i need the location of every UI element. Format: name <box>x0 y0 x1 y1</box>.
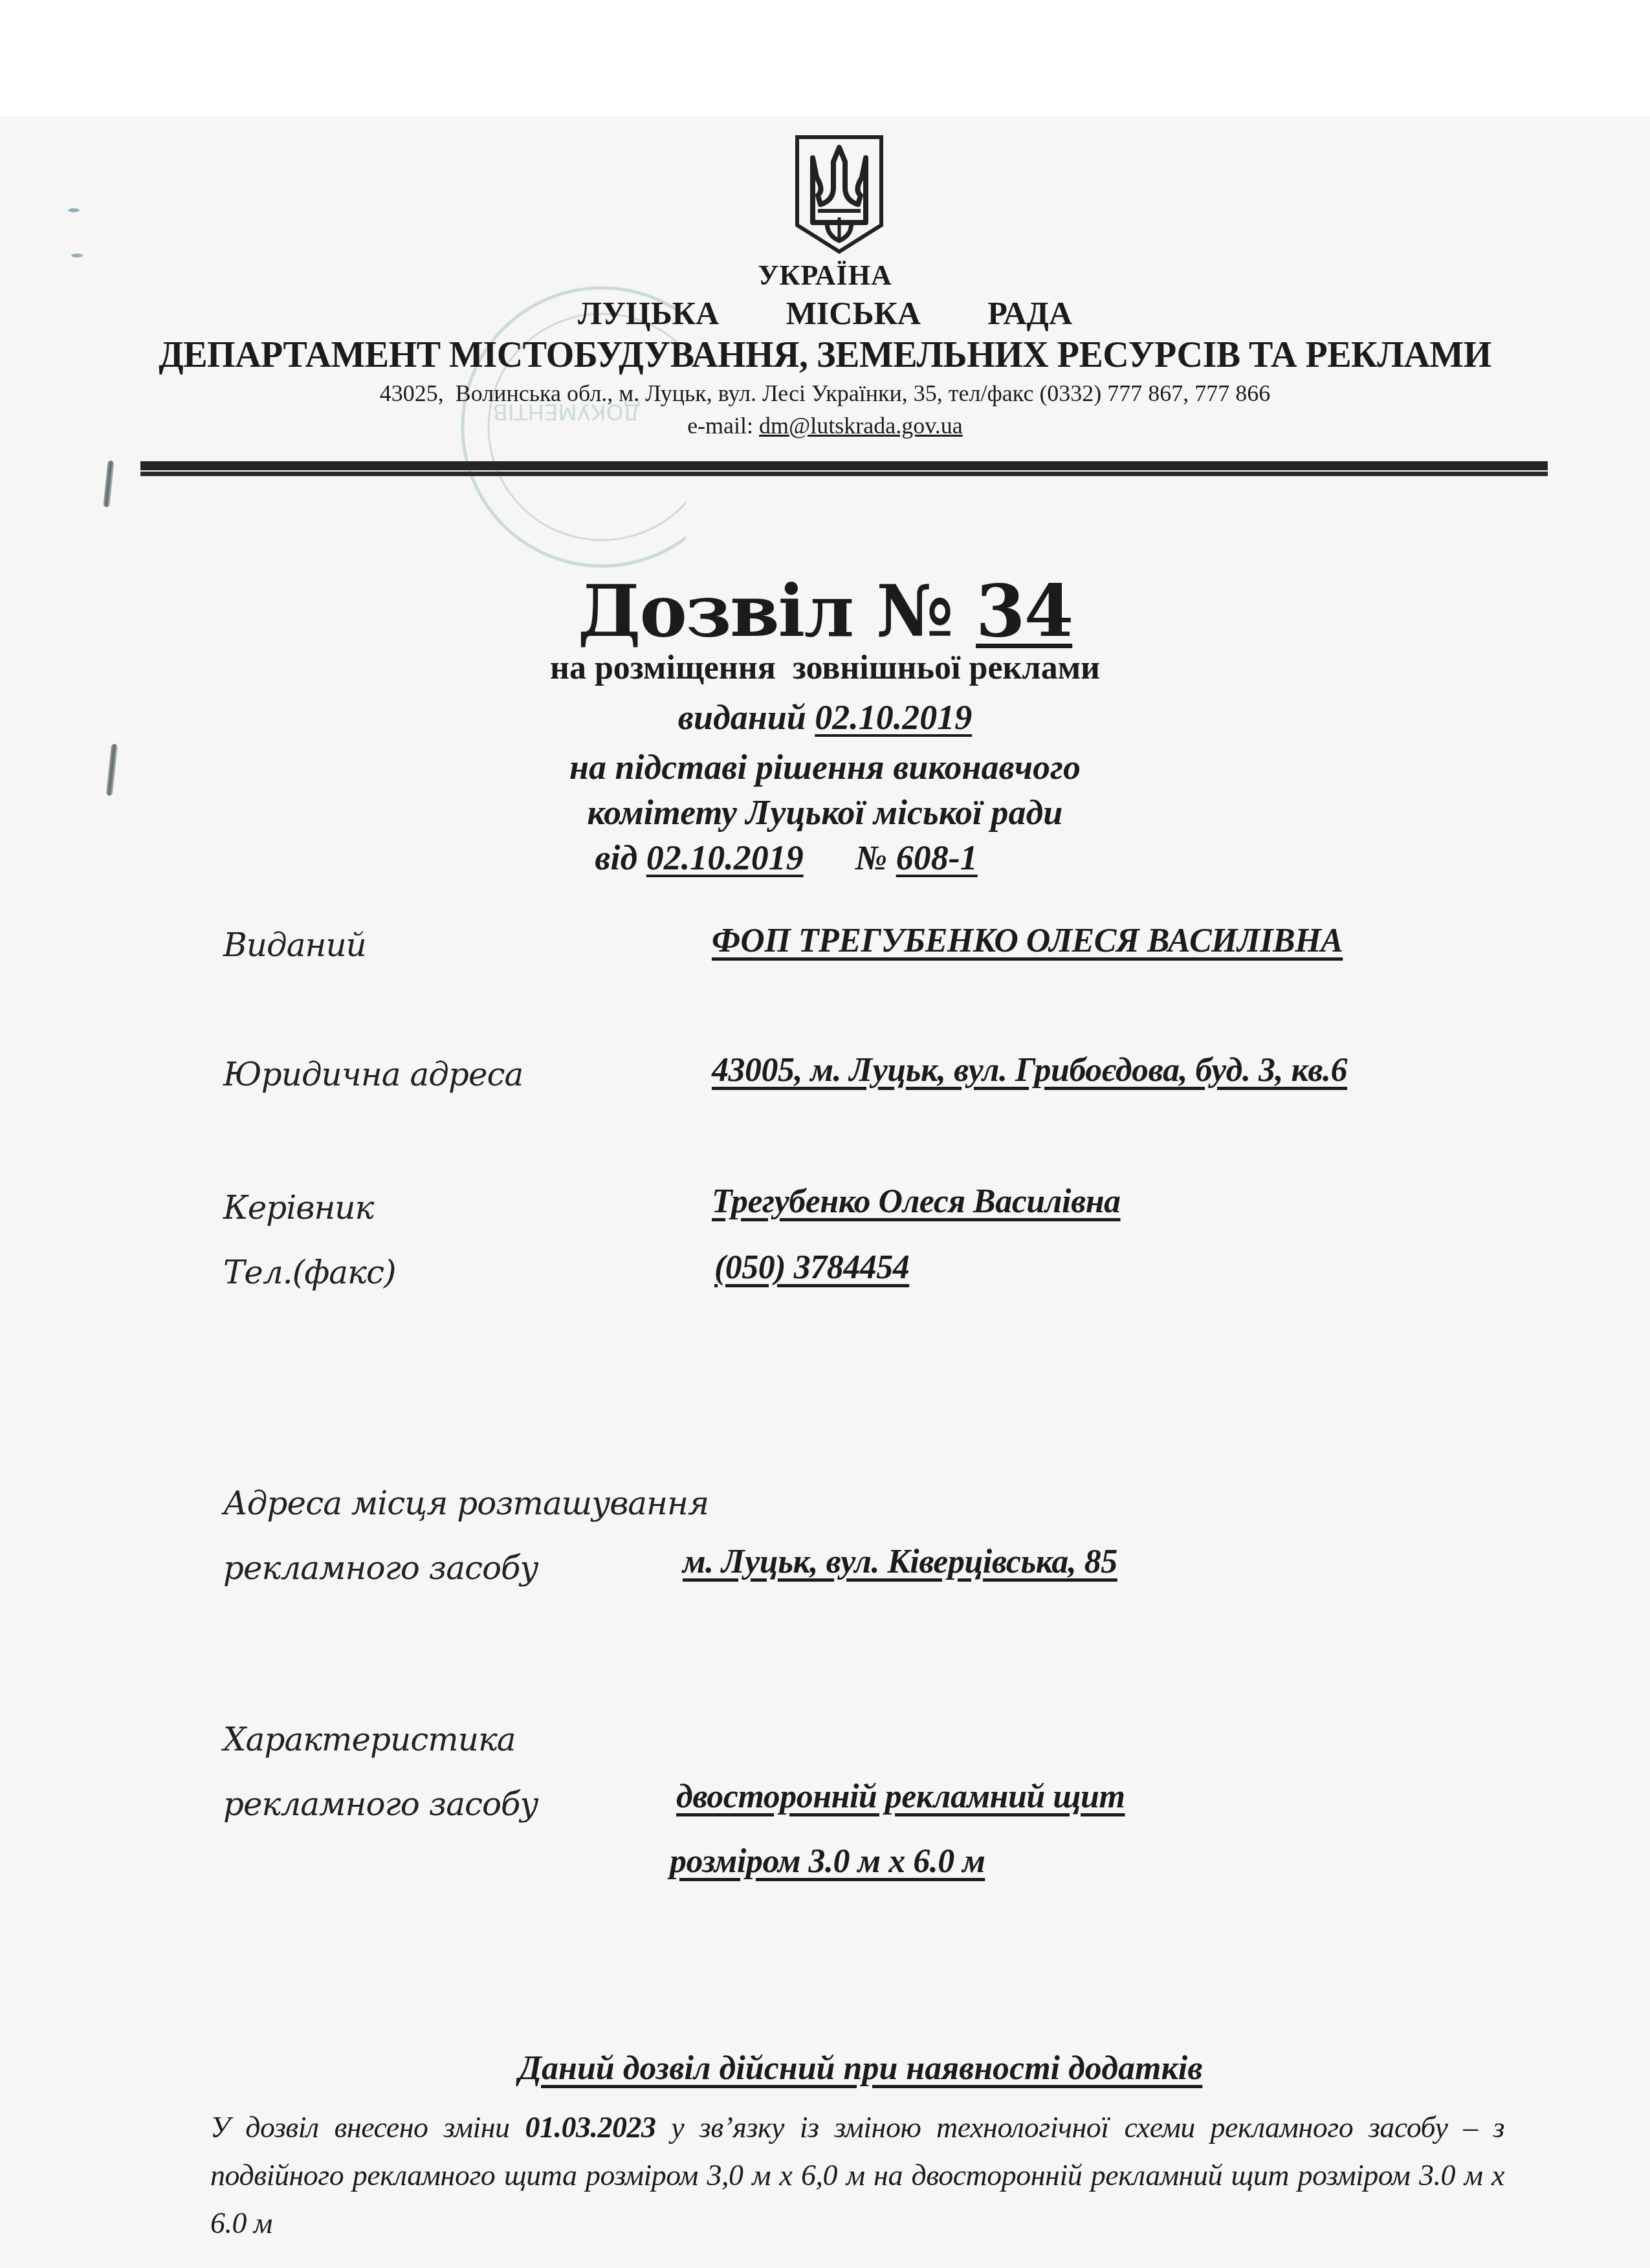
email-link[interactable]: dm@lutskrada.gov.ua <box>759 413 963 439</box>
phone-label: Тел.(факс) <box>223 1254 396 1291</box>
decision-date: 02.10.2019 <box>646 838 804 877</box>
issued-date: 02.10.2019 <box>815 698 972 737</box>
issued-to-value: ФОП ТРЕГУБЕНКО ОЛЕСЯ ВАСИЛІВНА <box>712 922 1343 960</box>
legal-address-label: Юридична адреса <box>223 1056 523 1093</box>
decision-reference: від 02.10.2019№ 608-1 <box>0 838 1650 878</box>
characteristic-label-line-1: Характеристика <box>223 1721 516 1758</box>
hole-punch-mark <box>71 254 83 257</box>
permit-subtitle: на розміщення зовнішньої реклами <box>0 649 1650 687</box>
location-value: м. Луцьк, вул. Ківерцівська, 85 <box>683 1543 1117 1581</box>
country-name: УКРАЇНА <box>0 259 1650 292</box>
validity-statement: Даний дозвіл дійсний при наявності додат… <box>0 2049 1650 2088</box>
phone-value: (050) 3784454 <box>714 1248 909 1287</box>
department-email: e-mail: dm@lutskrada.gov.ua <box>0 412 1650 439</box>
department-name: ДЕПАРТАМЕНТ МІСТОБУДУВАННЯ, ЗЕМЕЛЬНИХ РЕ… <box>0 334 1650 376</box>
decision-number: 608-1 <box>896 838 978 877</box>
legal-address-value: 43005, м. Луцьк, вул. Грибоєдова, буд. 3… <box>712 1051 1347 1089</box>
characteristic-value-line-1: двосторонній рекламний щит <box>676 1778 1125 1816</box>
permit-number: 34 <box>976 569 1072 653</box>
permit-issued: виданий 02.10.2019 <box>0 697 1650 737</box>
manager-label: Керівник <box>223 1189 373 1227</box>
location-label-line-1: Адреса місця розташування <box>223 1485 709 1522</box>
basis-line-1: на підставі рішення виконавчого <box>0 747 1650 787</box>
department-address: 43025, Волинська обл., м. Луцьк, вул. Ле… <box>0 380 1650 407</box>
decision-date-label: від <box>595 838 646 877</box>
hole-punch-mark <box>68 208 80 212</box>
location-label-line-2: рекламного засобу <box>223 1549 538 1587</box>
header-rule-thin <box>140 472 1548 476</box>
basis-line-2: комітету Луцької міської ради <box>0 792 1650 833</box>
trident-emblem-icon <box>795 135 884 254</box>
header-rule-thick <box>140 461 1548 470</box>
issued-label: виданий <box>678 698 815 737</box>
characteristic-value-line-2: розміром 3.0 м х 6.0 м <box>670 1842 985 1881</box>
council-name: ЛУЦЬКА МІСЬКА РАДА <box>0 294 1650 332</box>
note-prefix: У дозвіл внесено зміни <box>210 2111 525 2144</box>
manager-value: Трегубенко Олеся Василівна <box>712 1183 1121 1221</box>
characteristic-label-line-2: рекламного засобу <box>223 1785 538 1823</box>
note-date: 01.03.2023 <box>525 2111 655 2144</box>
amendment-note: У дозвіл внесено зміни 01.03.2023 у зв’я… <box>210 2104 1504 2247</box>
email-label: e-mail: <box>687 413 759 439</box>
permit-title: Дозвіл № 34 <box>0 569 1650 653</box>
permit-title-prefix: Дозвіл № <box>578 569 976 653</box>
decision-number-label: № <box>855 838 896 877</box>
issued-to-label: Виданий <box>223 926 366 964</box>
